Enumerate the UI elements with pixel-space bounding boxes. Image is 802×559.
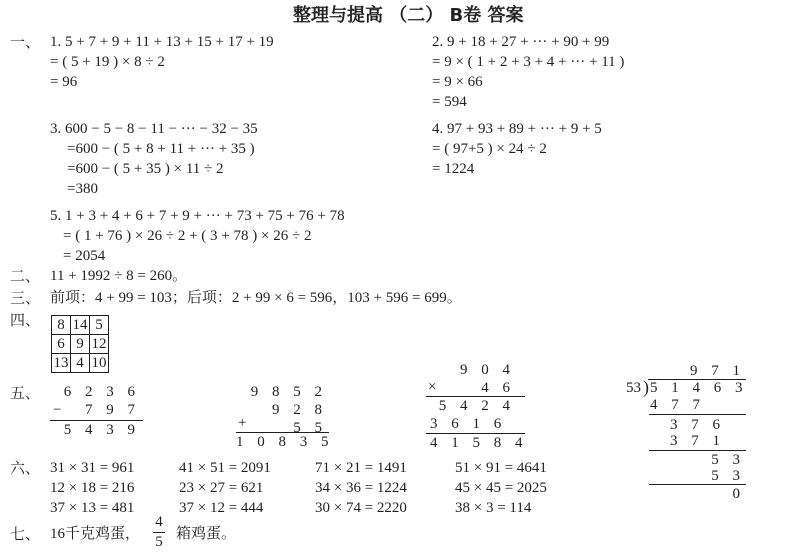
q1-line: 1. 5 + 7 + 9 + 11 + 13 + 15 + 17 + 19 (50, 32, 274, 52)
grid-cell: 14 (71, 316, 90, 335)
q3-line: =600 − ( 5 + 8 + 11 + ··· + 35 ) (67, 139, 255, 159)
grid-cell: 5 (90, 316, 109, 335)
grid-row: 8 14 5 (52, 316, 109, 335)
section-6-label: 六、 (10, 458, 40, 478)
q3-line: =600 − ( 5 + 35 ) × 11 ÷ 2 (67, 159, 224, 179)
divider-line (649, 414, 746, 415)
grid-row: 13 4 10 (52, 354, 109, 373)
fraction-bar (153, 532, 165, 533)
section-3-text: 前项：4 + 99 = 103；后项：2 + 99 × 6 = 596，103 … (50, 288, 462, 308)
operand: 6 2 3 6 (60, 383, 140, 401)
multiplication-operands: 9 0 4 4 6 (440, 361, 515, 397)
product-item: 37 × 12 = 444 (179, 498, 263, 518)
q3-line: 3. 600 − 5 − 8 − 11 − ··· − 32 − 35 (50, 119, 258, 139)
grid-cell: 13 (52, 354, 71, 373)
operand: 9 2 8 (250, 401, 327, 419)
product-item: 51 × 91 = 4641 (455, 458, 547, 478)
operand: 4 6 (440, 379, 515, 397)
quotient: 9 7 1 (680, 362, 745, 380)
subtraction-operands: 6 2 3 6 7 9 7 (60, 383, 140, 419)
operand: 9 0 4 (440, 361, 515, 379)
subtraction-result: 5 4 3 9 (60, 421, 140, 439)
division-step: 4 7 7 (650, 396, 705, 414)
partial-product: 5 4 2 4 (430, 397, 515, 415)
grid-cell: 8 (52, 316, 71, 335)
product-item: 71 × 21 = 1491 (315, 458, 407, 478)
q5-line: 5. 1 + 3 + 4 + 6 + 7 + 9 + ··· + 73 + 75… (50, 206, 345, 226)
product-item: 12 × 18 = 216 (50, 478, 134, 498)
plus-sign: + (238, 413, 246, 433)
grid-cell: 6 (52, 335, 71, 354)
partial-product: 3 6 1 6 (430, 415, 499, 433)
q2-line: 2. 9 + 18 + 27 + ··· + 90 + 99 (432, 32, 609, 52)
fraction-denominator: 5 (153, 534, 165, 551)
q1-line: = ( 5 + 19 ) × 8 ÷ 2 (50, 52, 165, 72)
product-item: 34 × 36 = 1224 (315, 478, 407, 498)
section-7-text-before: 16千克鸡蛋， (50, 524, 140, 544)
dividend: 5 1 4 6 3 (650, 379, 745, 397)
addition-operands: 9 8 5 2 9 2 8 5 5 (250, 383, 327, 437)
q4-line: 4. 97 + 93 + 89 + ··· + 9 + 5 (432, 119, 602, 139)
grid-row: 6 9 12 (52, 335, 109, 354)
product-item: 30 × 74 = 2220 (315, 498, 407, 518)
grid-cell: 4 (71, 354, 90, 373)
section-2-label: 二、 (10, 266, 40, 286)
grid-cell: 12 (90, 335, 109, 354)
section-2-text: 11 + 1992 ÷ 8 = 260。 (50, 266, 187, 286)
section-7-text-after: 箱鸡蛋。 (176, 524, 236, 544)
grid-cell: 9 (71, 335, 90, 354)
q2-line: = 9 × ( 1 + 2 + 3 + 4 + ··· + 11 ) (432, 52, 624, 72)
addition-result: 1 0 8 3 5 (236, 433, 327, 451)
divisor: 53 (626, 378, 641, 398)
section-1-label: 一、 (10, 32, 40, 52)
q5-line: = ( 1 + 76 ) × 26 ÷ 2 + ( 3 + 78 ) × 26 … (63, 226, 311, 246)
fraction-numerator: 4 (153, 514, 165, 531)
product-item: 41 × 51 = 2091 (179, 458, 271, 478)
operand: 7 9 7 (60, 401, 140, 419)
division-bracket-icon: ) (643, 377, 649, 397)
times-sign: × (428, 377, 436, 397)
q3-line: =380 (67, 179, 98, 199)
q4-line: = ( 97+5 ) × 24 ÷ 2 (432, 139, 547, 159)
grid-cell: 10 (90, 354, 109, 373)
product-item: 37 × 13 = 481 (50, 498, 134, 518)
q2-line: = 9 × 66 (432, 72, 483, 92)
magic-square: 8 14 5 6 9 12 13 4 10 (51, 315, 109, 373)
section-3-label: 三、 (10, 288, 40, 308)
fraction: 4 5 (153, 514, 165, 551)
minus-sign: − (53, 400, 61, 420)
section-5-label: 五、 (10, 383, 40, 403)
q4-line: = 1224 (432, 159, 474, 179)
division-step: 3 7 1 (650, 432, 725, 450)
product-item: 31 × 31 = 961 (50, 458, 134, 478)
remainder: 0 (650, 485, 745, 503)
q5-line: = 2054 (63, 246, 105, 266)
product-item: 38 × 3 = 114 (455, 498, 531, 518)
q1-line: = 96 (50, 72, 77, 92)
product-item: 23 × 27 = 621 (179, 478, 263, 498)
section-4-label: 四、 (10, 310, 40, 330)
multiplication-result: 4 1 5 8 4 (430, 434, 515, 452)
division-step: 5 3 (650, 467, 745, 485)
product-item: 45 × 45 = 2025 (455, 478, 547, 498)
page-title: 整理与提高 （二） B卷 答案 (293, 4, 524, 28)
operand: 9 8 5 2 (250, 383, 327, 401)
q2-line: = 594 (432, 92, 467, 112)
section-7-label: 七、 (10, 524, 40, 544)
